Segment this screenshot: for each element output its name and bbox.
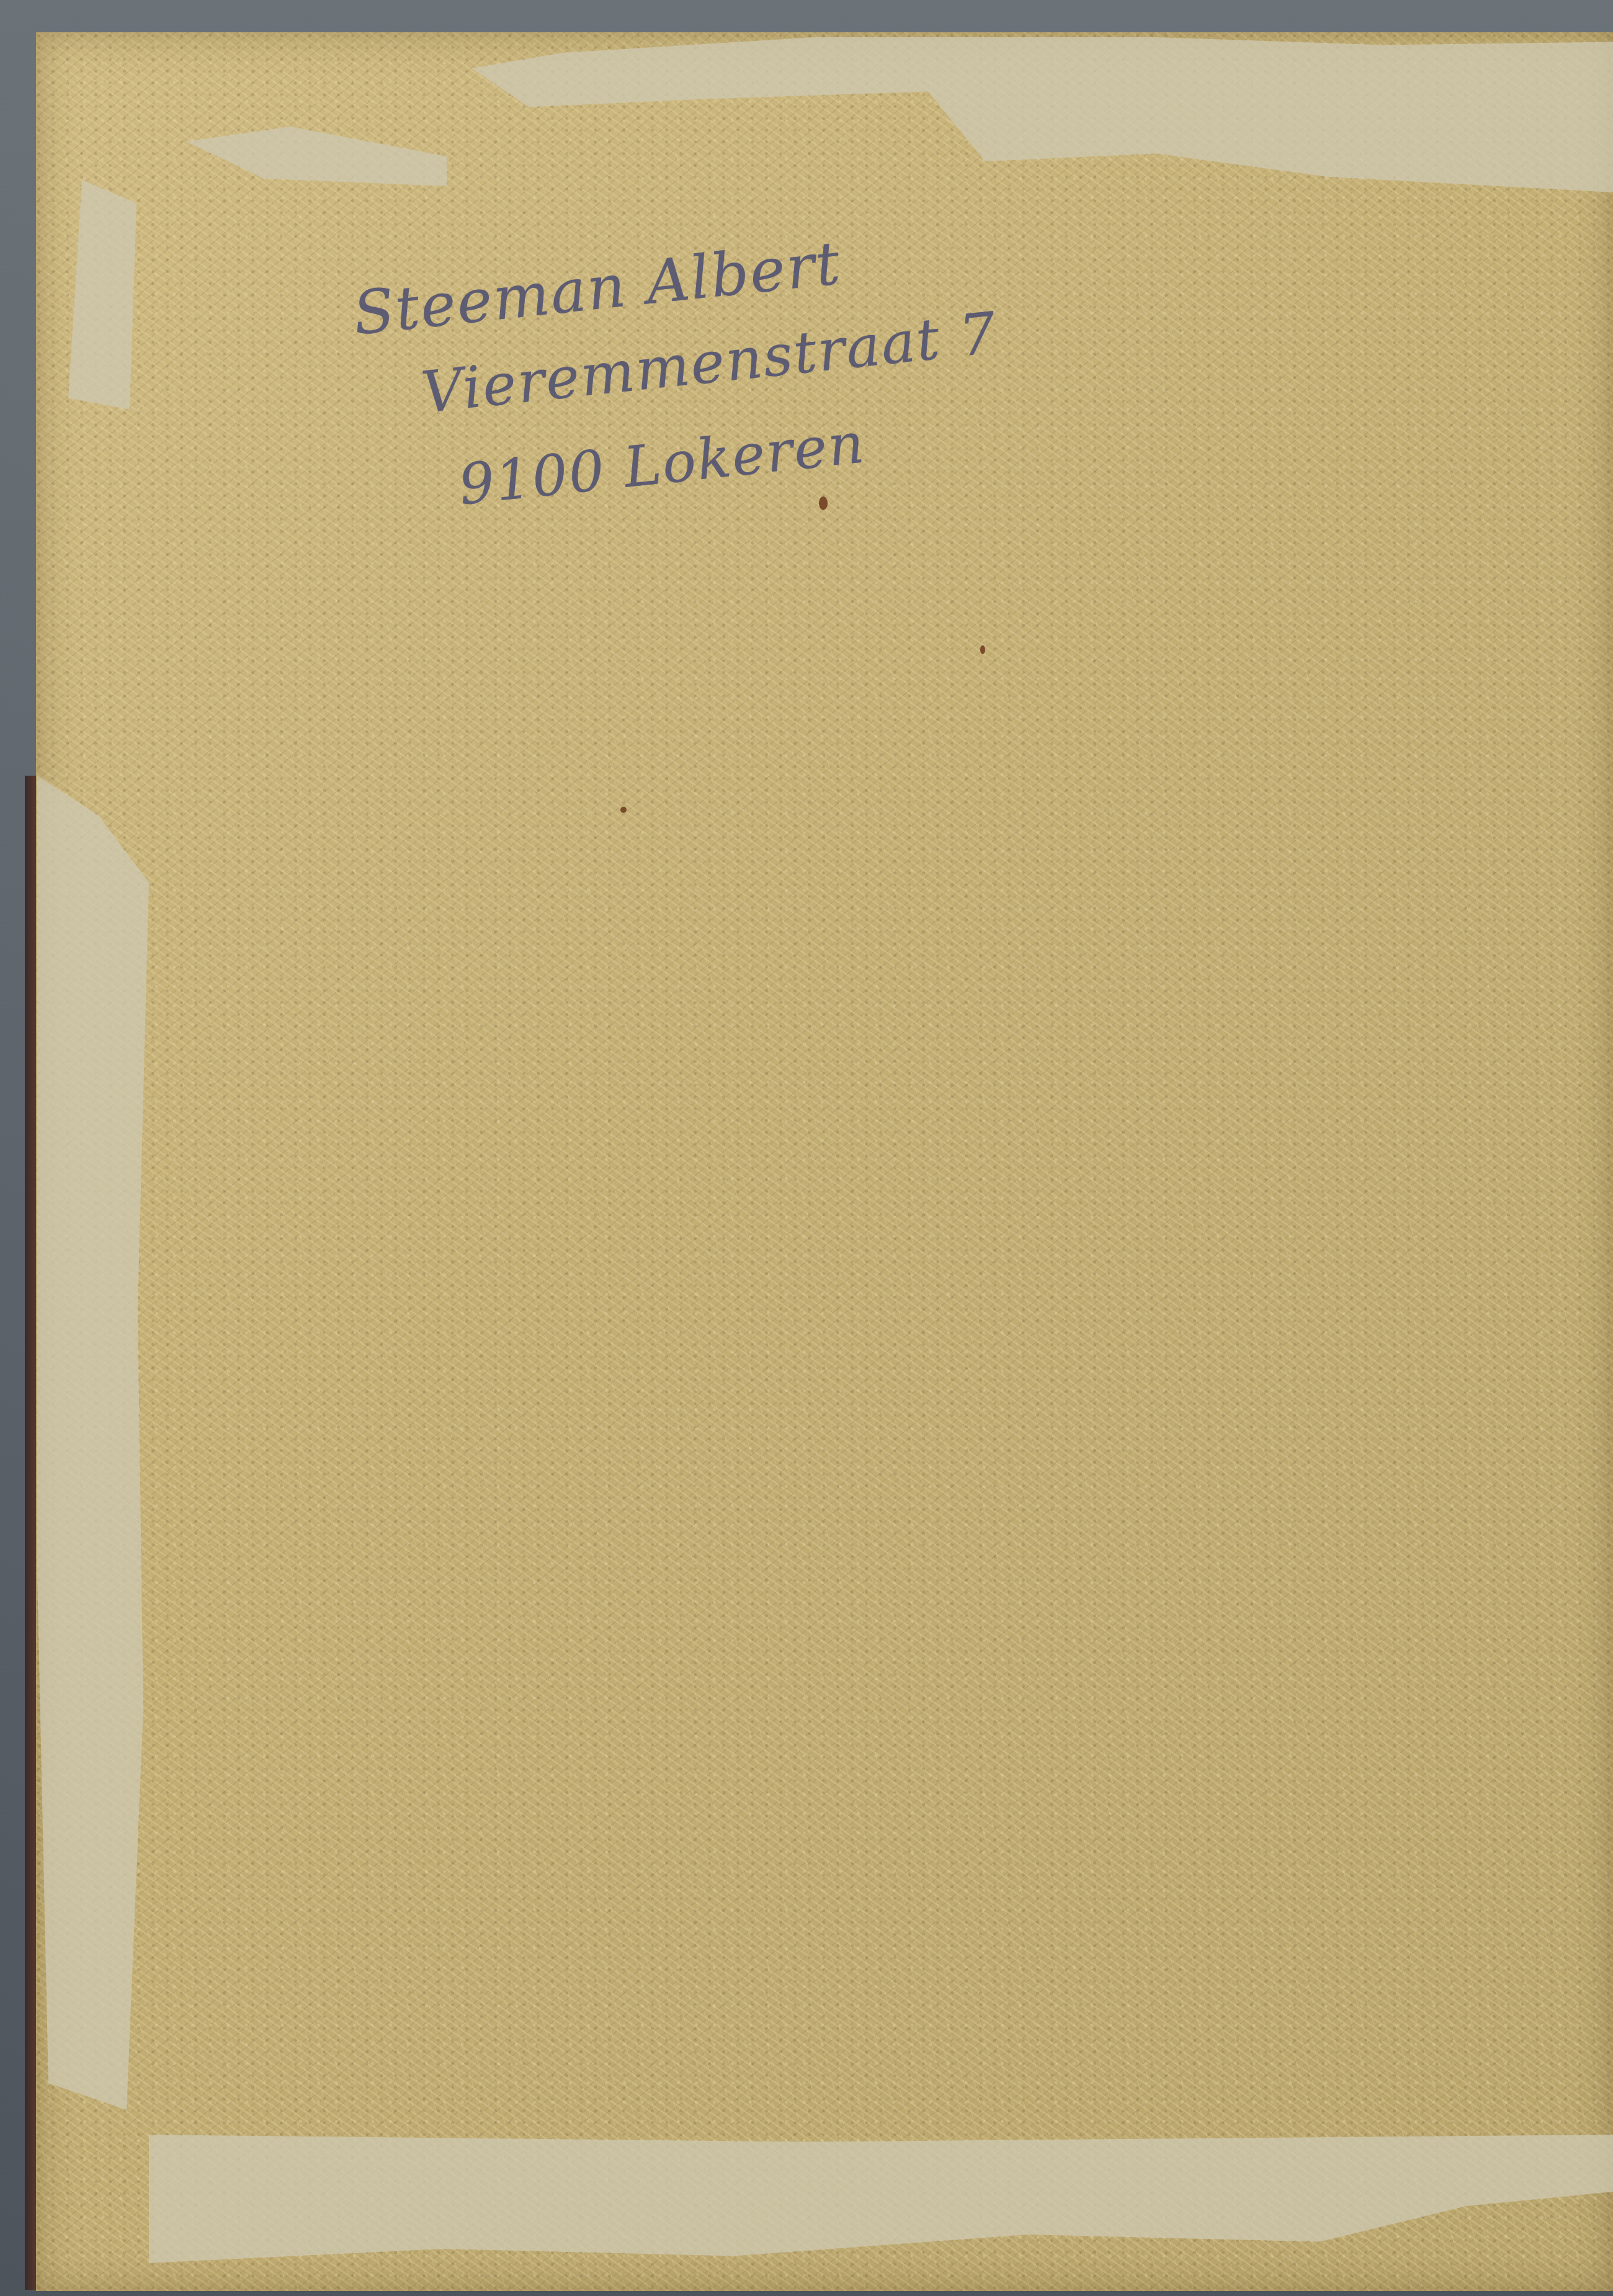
board-speck: [819, 496, 828, 510]
frame-edge: [25, 776, 37, 2290]
paper-tape-left: [37, 776, 149, 2110]
board-speck: [620, 807, 627, 813]
board-speck: [980, 645, 985, 654]
